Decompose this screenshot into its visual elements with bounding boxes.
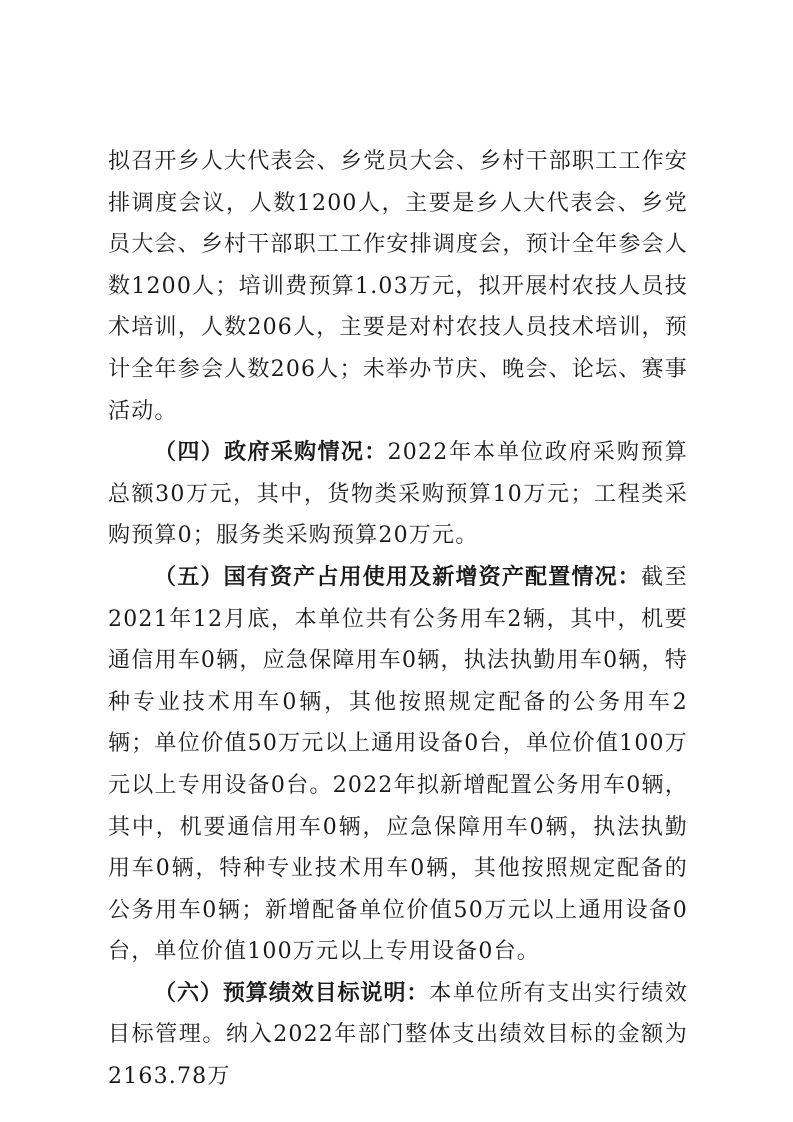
section-heading-procurement: （四）政府采购情况：: [154, 440, 388, 465]
paragraph-performance-targets: （六）预算绩效目标说明：本单位所有支出实行绩效目标管理。纳入2022年部门整体支…: [108, 973, 688, 1098]
paragraph-body: 拟召开乡人大代表会、乡党员大会、乡村干部职工工作安排调度会议，人数1200人，主…: [108, 149, 688, 424]
paragraph-meetings-training: 拟召开乡人大代表会、乡党员大会、乡村干部职工工作安排调度会议，人数1200人，主…: [108, 141, 688, 432]
paragraph-body: 截至2021年12月底，本单位共有公务用车2辆，其中，机要通信用车0辆，应急保障…: [108, 565, 688, 964]
document-page: 拟召开乡人大代表会、乡党员大会、乡村干部职工工作安排调度会议，人数1200人，主…: [108, 141, 688, 1098]
section-heading-assets: （五）国有资产占用使用及新增资产配置情况：: [154, 565, 641, 590]
paragraph-state-assets: （五）国有资产占用使用及新增资产配置情况：截至2021年12月底，本单位共有公务…: [108, 557, 688, 973]
paragraph-government-procurement: （四）政府采购情况：2022年本单位政府采购预算总额30万元，其中，货物类采购预…: [108, 432, 688, 557]
section-heading-performance: （六）预算绩效目标说明：: [154, 981, 429, 1006]
